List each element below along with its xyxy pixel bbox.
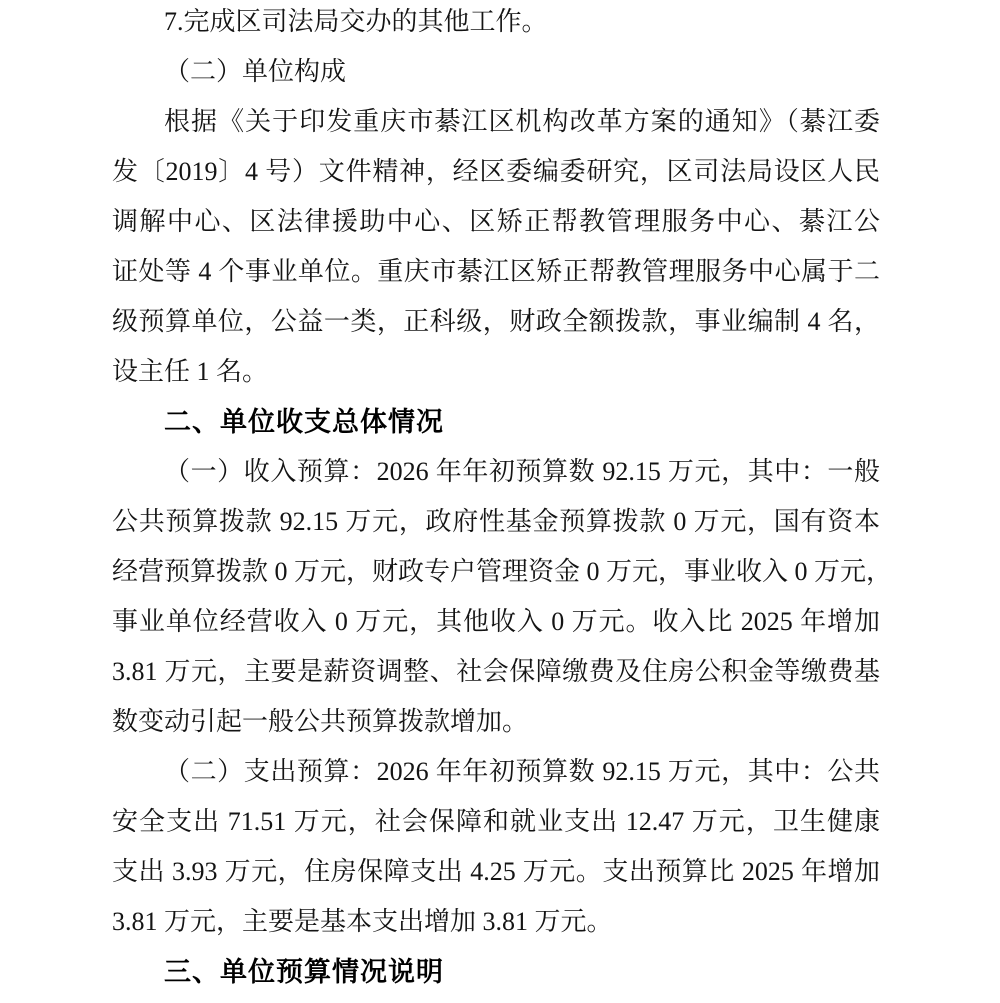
- text-line: 事业单位经营收入 0 万元，其他收入 0 万元。收入比 2025 年增加: [112, 597, 880, 647]
- paragraph: （二）单位构成: [112, 47, 880, 97]
- text-line: 数变动引起一般公共预算拨款增加。: [112, 697, 880, 747]
- section-heading: 二、单位收支总体情况: [112, 397, 880, 447]
- text-line: 根据《关于印发重庆市綦江区机构改革方案的通知》（綦江委: [112, 97, 880, 147]
- text-line: 公共预算拨款 92.15 万元，政府性基金预算拨款 0 万元，国有资本: [112, 497, 880, 547]
- text-line: 三、单位预算情况说明: [112, 947, 880, 997]
- text-line: （二）支出预算：2026 年年初预算数 92.15 万元，其中：公共: [112, 747, 880, 797]
- text-line: 证处等 4 个事业单位。重庆市綦江区矫正帮教管理服务中心属于二: [112, 247, 880, 297]
- text-line: 3.81 万元，主要是基本支出增加 3.81 万元。: [112, 897, 880, 947]
- document-content: 7.完成区司法局交办的其他工作。（二）单位构成根据《关于印发重庆市綦江区机构改革…: [112, 0, 880, 997]
- paragraph: 7.完成区司法局交办的其他工作。: [112, 0, 880, 47]
- paragraph: （二）支出预算：2026 年年初预算数 92.15 万元，其中：公共安全支出 7…: [112, 747, 880, 947]
- paragraph: 根据《关于印发重庆市綦江区机构改革方案的通知》（綦江委发〔2019〕4 号）文件…: [112, 97, 880, 397]
- text-line: 经营预算拨款 0 万元，财政专户管理资金 0 万元，事业收入 0 万元，: [112, 547, 880, 597]
- text-line: 级预算单位，公益一类，正科级，财政全额拨款，事业编制 4 名，: [112, 297, 880, 347]
- text-line: （二）单位构成: [112, 47, 880, 97]
- text-line: （一）收入预算：2026 年年初预算数 92.15 万元，其中：一般: [112, 447, 880, 497]
- document-page: 7.完成区司法局交办的其他工作。（二）单位构成根据《关于印发重庆市綦江区机构改革…: [0, 0, 1000, 1003]
- text-line: 安全支出 71.51 万元，社会保障和就业支出 12.47 万元，卫生健康: [112, 797, 880, 847]
- text-line: 支出 3.93 万元，住房保障支出 4.25 万元。支出预算比 2025 年增加: [112, 847, 880, 897]
- text-line: 设主任 1 名。: [112, 347, 880, 397]
- text-line: 调解中心、区法律援助中心、区矫正帮教管理服务中心、綦江公: [112, 197, 880, 247]
- text-line: 二、单位收支总体情况: [112, 397, 880, 447]
- text-line: 7.完成区司法局交办的其他工作。: [112, 0, 880, 47]
- section-heading: 三、单位预算情况说明: [112, 947, 880, 997]
- text-line: 发〔2019〕4 号）文件精神，经区委编委研究，区司法局设区人民: [112, 147, 880, 197]
- paragraph: （一）收入预算：2026 年年初预算数 92.15 万元，其中：一般公共预算拨款…: [112, 447, 880, 747]
- text-line: 3.81 万元，主要是薪资调整、社会保障缴费及住房公积金等缴费基: [112, 647, 880, 697]
